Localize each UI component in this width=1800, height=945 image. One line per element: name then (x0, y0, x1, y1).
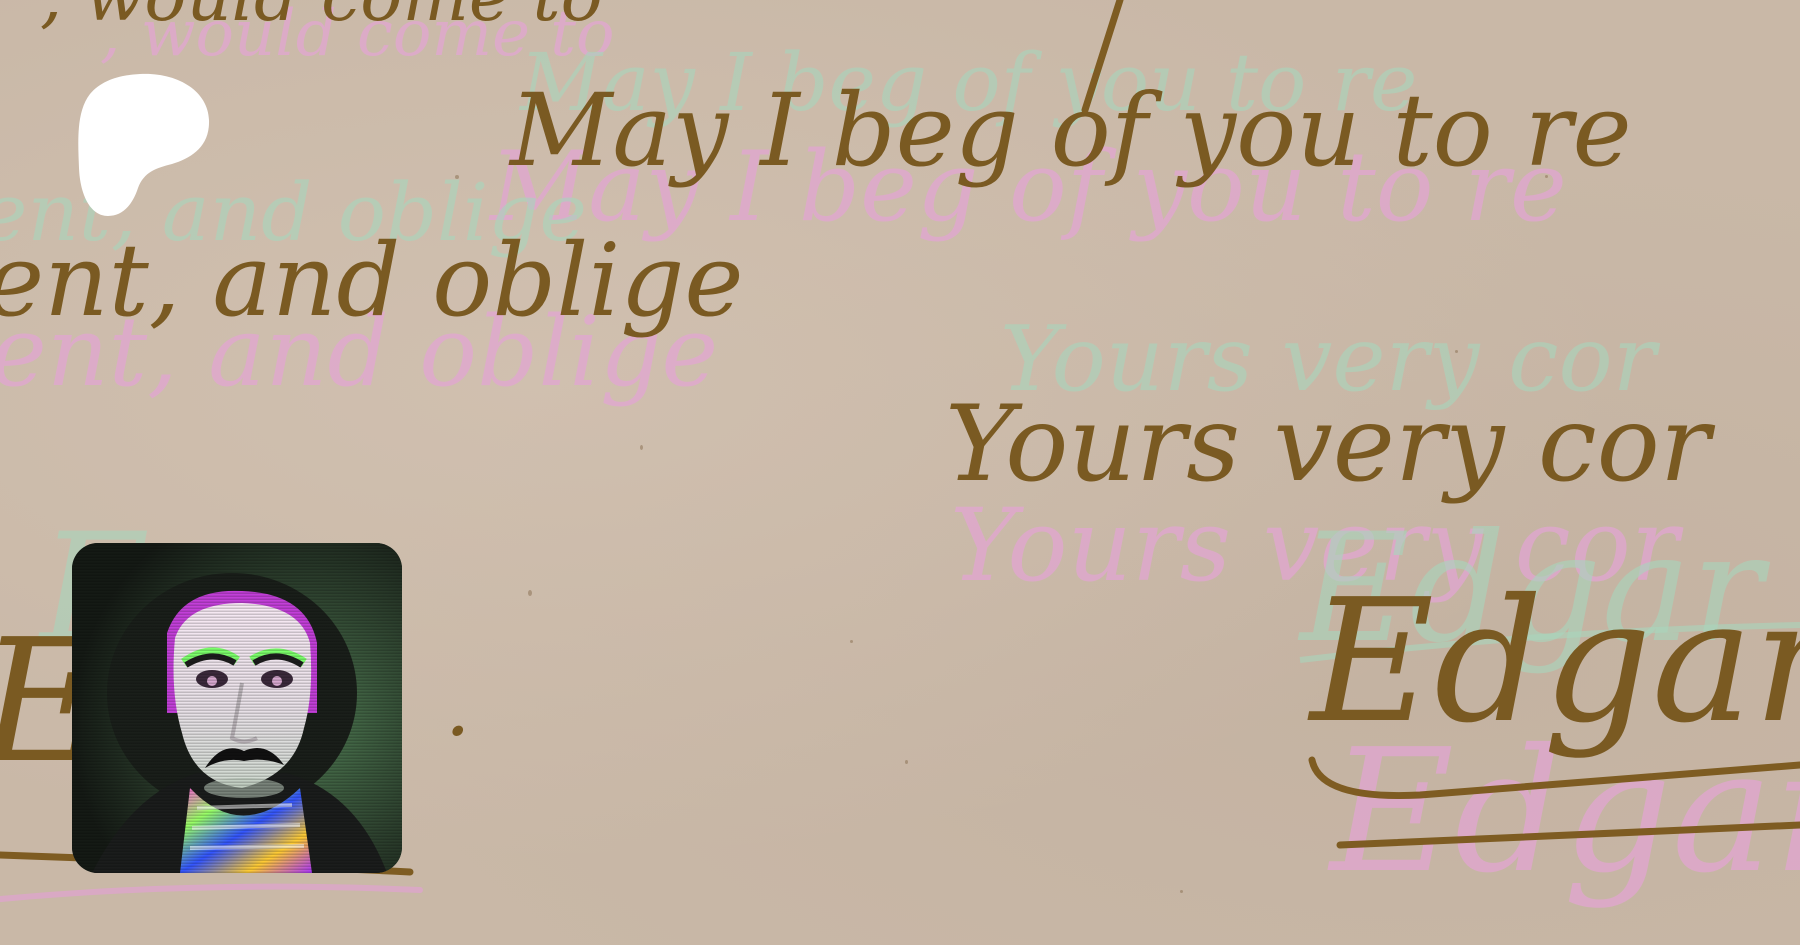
patreon-logo-shape (78, 72, 210, 216)
paper-speckle (455, 175, 459, 179)
svg-text:Yours very cor: Yours very cor (945, 383, 1716, 505)
paper-speckle (850, 640, 853, 643)
paper-speckle (905, 760, 908, 764)
poe-portrait-image (72, 543, 402, 873)
patreon-logo-icon[interactable] (78, 72, 210, 216)
svg-text:, would come to: , would come to (40, 0, 603, 37)
paper-speckle (528, 590, 532, 596)
paper-speckle (640, 445, 643, 450)
svg-text:.: . (445, 661, 470, 754)
paper-speckle (1545, 175, 1548, 178)
svg-text:Edgar: Edgar (1307, 563, 1800, 761)
paper-speckle (1455, 350, 1458, 353)
creator-avatar[interactable] (72, 543, 402, 873)
svg-text:May I beg of you to re: May I beg of you to re (508, 72, 1632, 189)
svg-text:ent, and oblige: ent, and oblige (0, 222, 744, 339)
paper-speckle (1180, 890, 1183, 893)
